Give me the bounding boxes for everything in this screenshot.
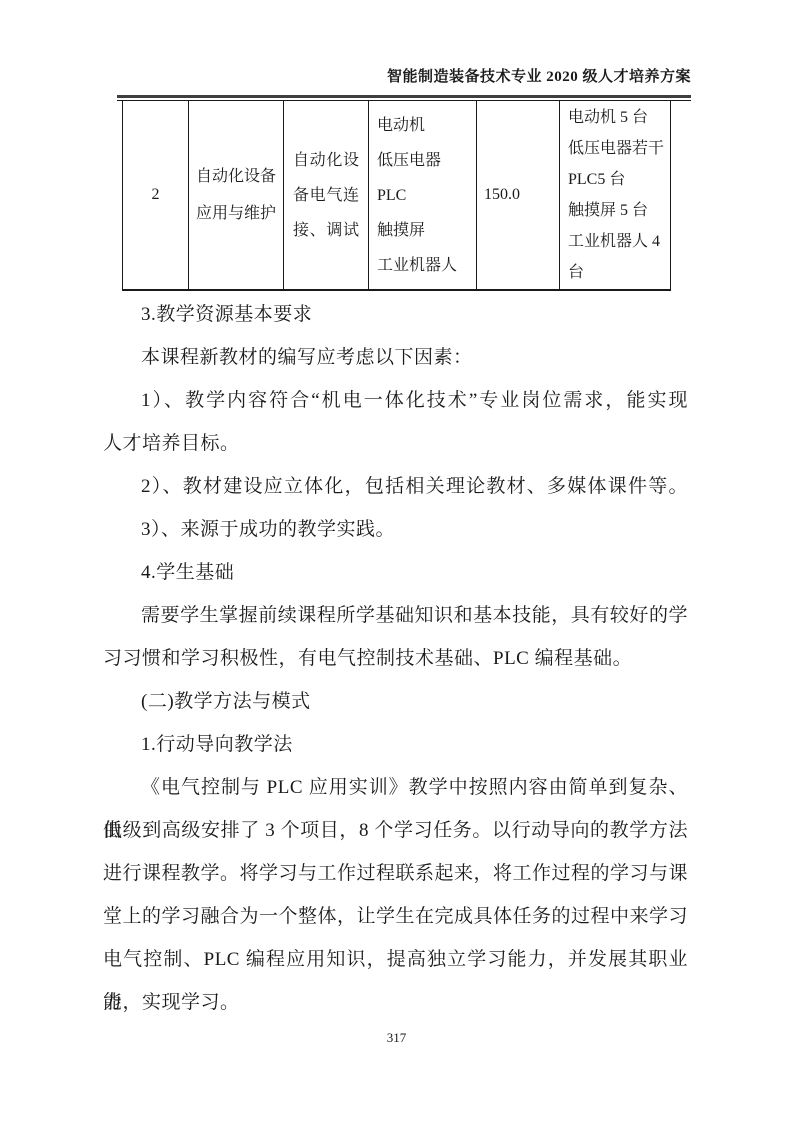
body-text-line: 《电气控制与 PLC 应用实训》教学中按照内容由简单到复杂、由 bbox=[103, 766, 688, 809]
table-row: 2 自动化设备应用与维护 自动化设备电气连接、调试 电动机低压电器PLC触摸屏工… bbox=[123, 101, 671, 290]
cell-training-task: 自动化设备电气连接、调试 bbox=[284, 101, 369, 290]
text-line: 触摸屏 5 台 bbox=[568, 195, 669, 226]
body-text-line: 3.教学资源基本要求 bbox=[103, 293, 688, 336]
body-text-line: 电气控制、PLC 编程应用知识，提高独立学习能力，并发展其职业能 bbox=[103, 938, 688, 981]
text-line: 接、调试 bbox=[293, 213, 359, 248]
body-text-line: 本课程新教材的编写应考虑以下因素： bbox=[103, 336, 688, 379]
text-line: 低压电器 bbox=[377, 143, 475, 178]
equipment-table: 2 自动化设备应用与维护 自动化设备电气连接、调试 电动机低压电器PLC触摸屏工… bbox=[122, 101, 671, 291]
body-text: 3.教学资源基本要求本课程新教材的编写应考虑以下因素：1）、教学内容符合“机电一… bbox=[103, 293, 688, 1024]
text-line: 自动化设备 bbox=[190, 158, 282, 195]
body-text-line: 2）、教材建设应立体化，包括相关理论教材、多媒体课件等。 bbox=[103, 465, 688, 508]
body-text-line: 需要学生掌握前续课程所学基础知识和基本技能，具有较好的学 bbox=[103, 594, 688, 637]
text-line: 电动机 bbox=[377, 108, 475, 143]
text-line: 工业机器人 4 bbox=[568, 226, 669, 257]
body-text-line: 堂上的学习融合为一个整体，让学生在完成具体任务的过程中来学习 bbox=[103, 895, 688, 938]
text-line: 工业机器人 bbox=[377, 248, 475, 283]
text-line: PLC bbox=[377, 178, 475, 213]
cell-project-name: 自动化设备应用与维护 bbox=[189, 101, 284, 290]
cell-sequence-number: 2 bbox=[123, 101, 189, 290]
body-text-line: 低级到高级安排了 3 个项目，8 个学习任务。以行动导向的教学方法 bbox=[103, 809, 688, 852]
body-text-line: 4.学生基础 bbox=[103, 551, 688, 594]
cell-equipment-quantity: 电动机 5 台低压电器若干PLC5 台触摸屏 5 台工业机器人 4台 bbox=[560, 101, 671, 290]
body-text-line: 人才培养目标。 bbox=[103, 422, 688, 465]
text-line: 台 bbox=[568, 257, 669, 288]
body-text-line: 习习惯和学习积极性，有电气控制技术基础、PLC 编程基础。 bbox=[103, 637, 688, 680]
body-text-line: 力，实现学习。 bbox=[103, 981, 688, 1024]
page-footer: 317 bbox=[0, 1030, 793, 1046]
body-text-line: 1.行动导向教学法 bbox=[103, 723, 688, 766]
header-title: 智能制造装备技术专业 2020 级人才培养方案 bbox=[387, 65, 691, 86]
text-line: 备电气连 bbox=[293, 178, 359, 213]
body-text-line: (二)教学方法与模式 bbox=[103, 680, 688, 723]
text-line: 触摸屏 bbox=[377, 213, 475, 248]
text-line: 电动机 5 台 bbox=[568, 102, 669, 133]
page-number: 317 bbox=[387, 1030, 407, 1045]
text-line: 自动化设 bbox=[293, 143, 359, 178]
cell-hours-value: 150.0 bbox=[477, 101, 560, 290]
text-line: 低压电器若干 bbox=[568, 133, 669, 164]
cell-equipment-list: 电动机低压电器PLC触摸屏工业机器人 bbox=[369, 101, 477, 290]
document-page: 智能制造装备技术专业 2020 级人才培养方案 2 自动化设备应用与维护 自动化… bbox=[0, 0, 793, 1122]
body-text-line: 进行课程教学。将学习与工作过程联系起来，将工作过程的学习与课 bbox=[103, 852, 688, 895]
body-text-line: 1）、教学内容符合“机电一体化技术”专业岗位需求，能实现 bbox=[103, 379, 688, 422]
text-line: PLC5 台 bbox=[568, 164, 669, 195]
body-text-line: 3）、来源于成功的教学实践。 bbox=[103, 508, 688, 551]
text-line: 应用与维护 bbox=[190, 195, 282, 232]
